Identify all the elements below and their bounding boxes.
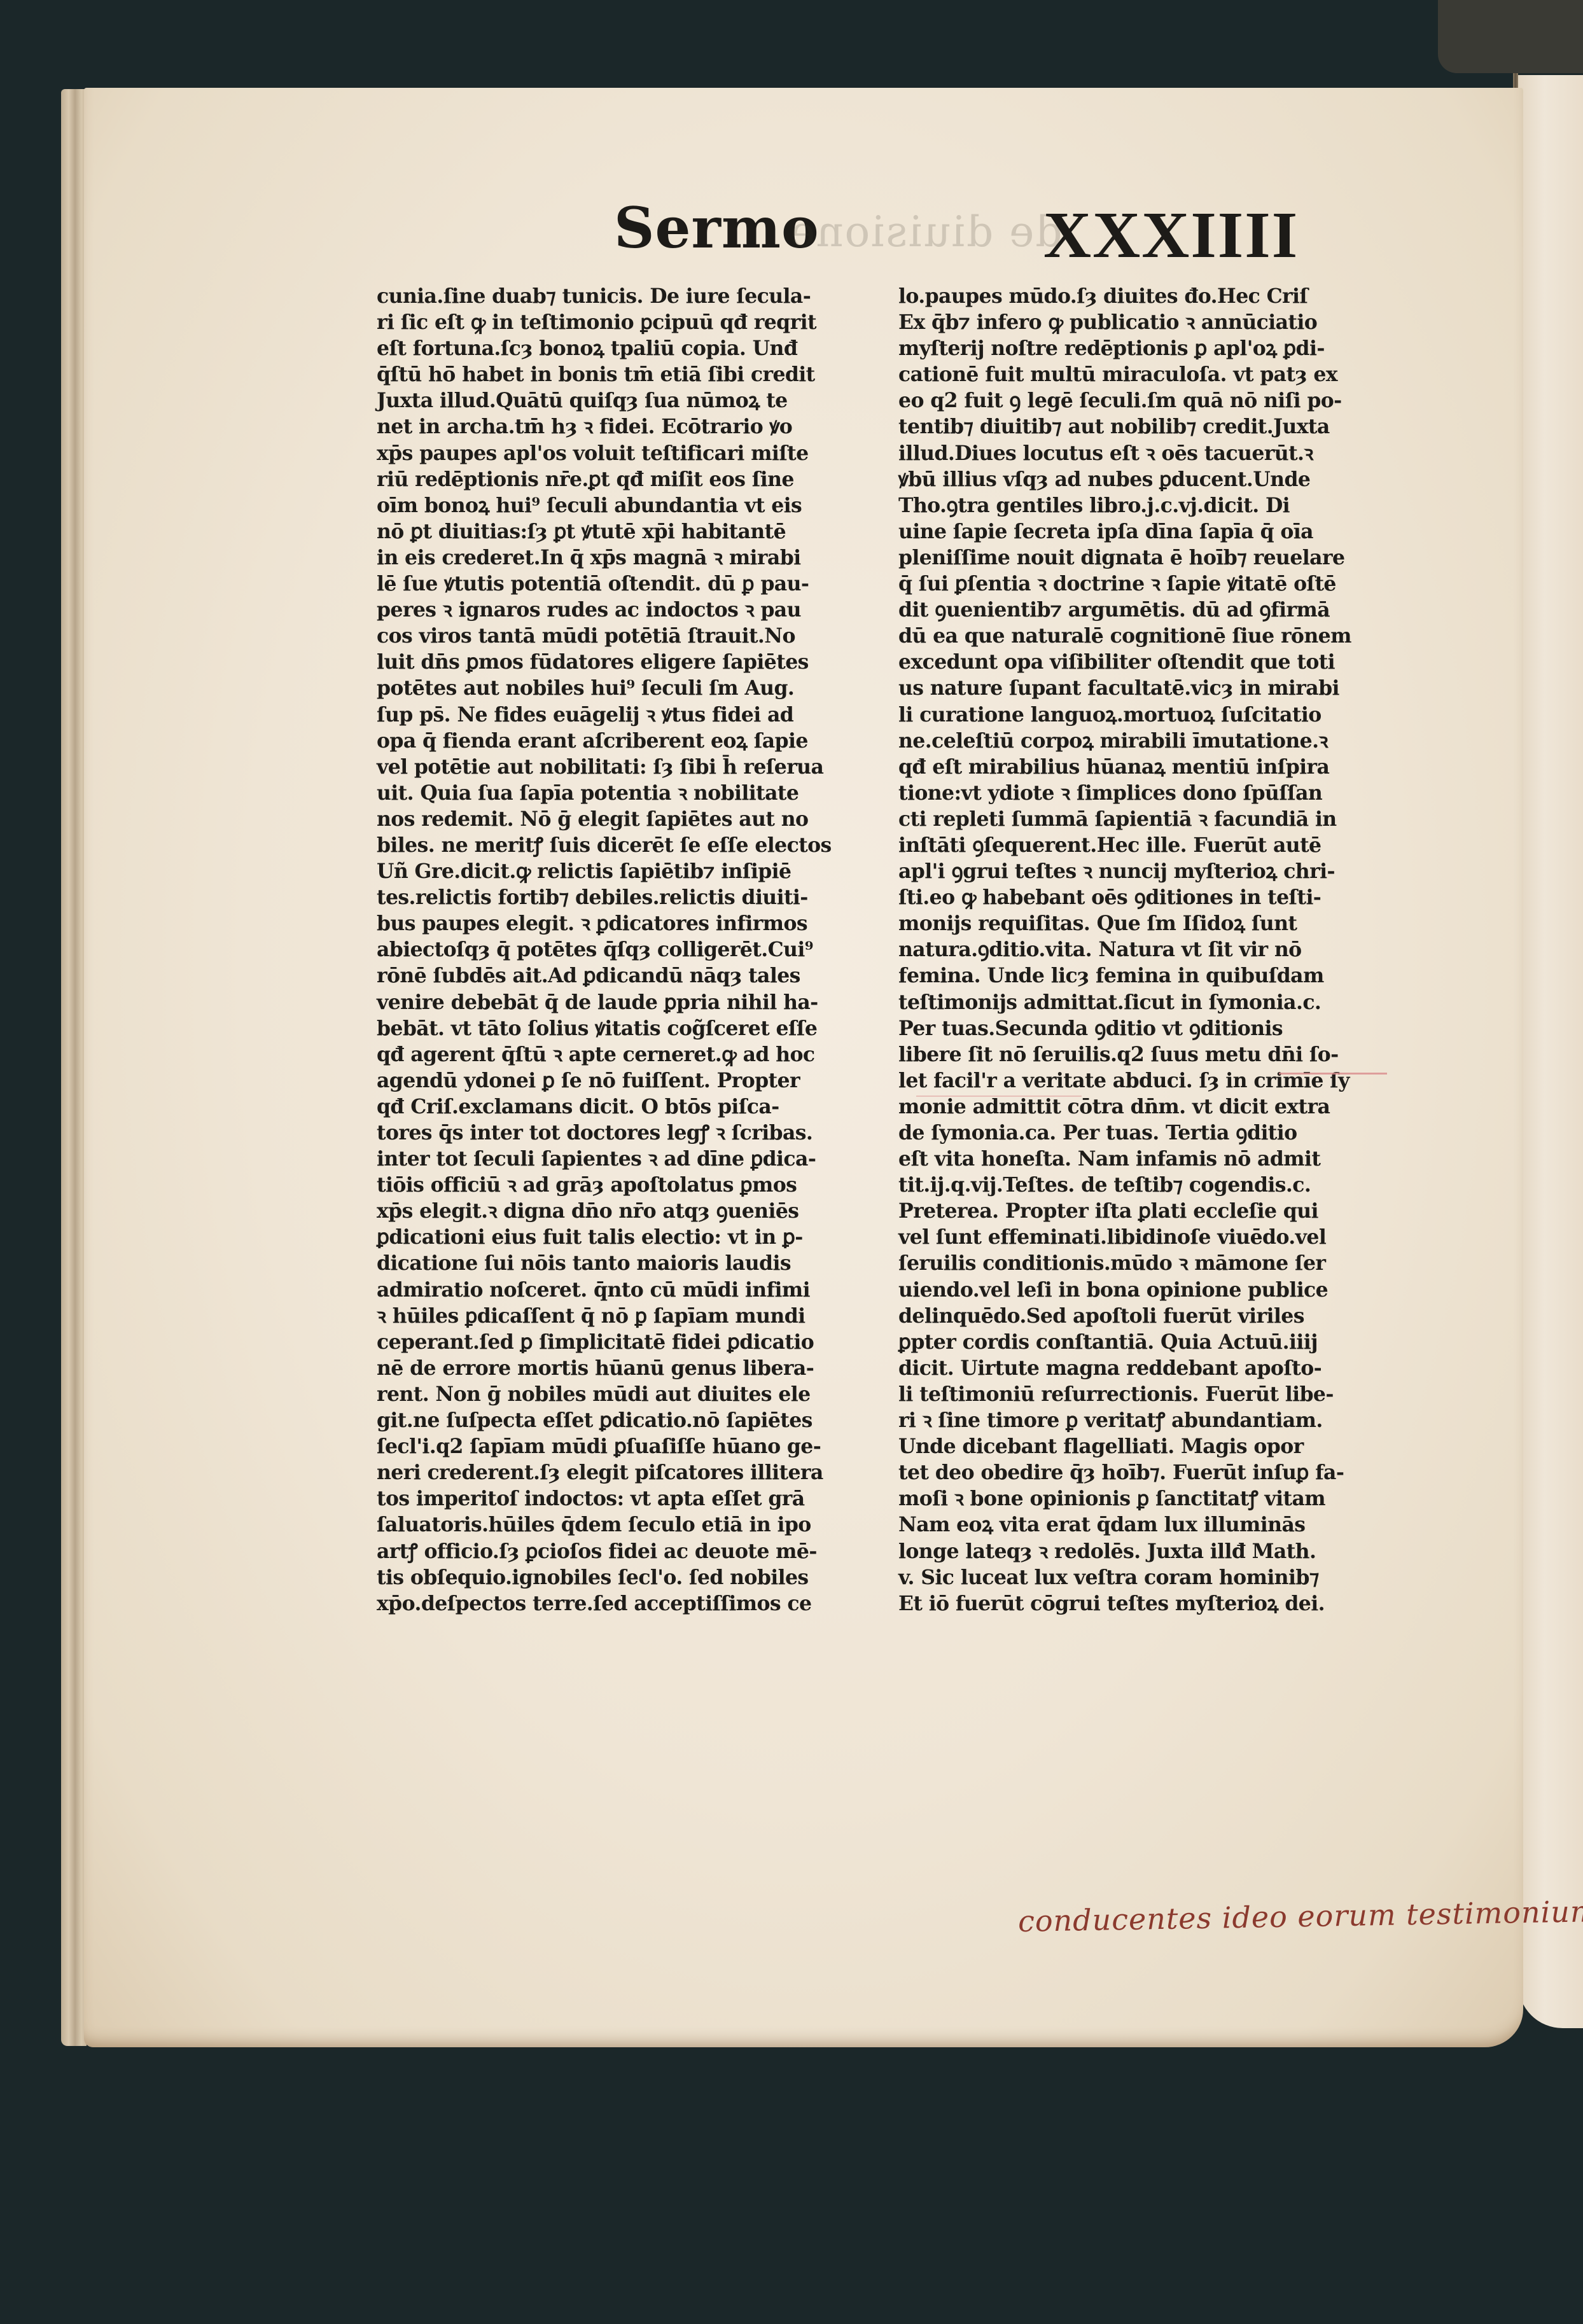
- text-line: q̄ ſui ꝑſentia ꝛ doctrine ꝛ ſapie ꝟitatē…: [898, 571, 1407, 597]
- text-line: tione:vt ydiote ꝛ ſimplices dono ſpūſſan: [898, 780, 1407, 806]
- text-line: net in archa.tm̄ hȝ ꝛ fidei. Ecōtrario ꝟ…: [377, 414, 873, 440]
- text-line: Ex q̄b⁊ infero ꝙ publicatio ꝛ annūciatio: [898, 309, 1407, 335]
- text-line: Preterea. Propter iſta ꝑlati eccleſie qu…: [898, 1198, 1407, 1224]
- text-line: vel ſunt effeminati.libidinoſe viuēdo.ve…: [898, 1224, 1407, 1250]
- text-line: v. Sic luceat lux veſtra coram hominib⁊: [898, 1564, 1407, 1590]
- text-line: bebāt. vt tāto ſolius ꝟitatis cog̃ſceret…: [377, 1015, 873, 1041]
- text-line: biles. ne meritꝭ ſuis dicerēt ſe eſſe el…: [377, 832, 873, 858]
- text-line: inſtāti ꝯſequerent.Hec ille. Fuerūt autē: [898, 832, 1407, 858]
- text-line: rōnē ſubdēs ait.Ad ꝑdicandū nāqȝ tales: [377, 963, 873, 989]
- text-line: ſecl'i.q2 ſapīam mūdi ꝑſuaſiſſe hūano ge…: [377, 1433, 873, 1459]
- text-line: neri crederent.ſȝ elegit piſcatores illi…: [377, 1459, 873, 1486]
- book-cover-corner: [1438, 0, 1583, 73]
- text-line: ne.celeſtiū corpoꝝ mirabili īmutatione.ꝛ: [898, 728, 1407, 754]
- text-line: de ſymonia.ca. Per tuas. Tertia ꝯditio: [898, 1120, 1407, 1146]
- text-line: abiectoſqȝ q̄ potētes q̄ſqȝ colligerēt.C…: [377, 936, 873, 963]
- text-line: natura.ꝯditio.vita. Natura vt ſit vir nō: [898, 936, 1407, 963]
- text-line: potētes aut nobiles hui⁹ ſeculi ſm Aug.: [377, 675, 873, 701]
- text-line: qđ Criſ.exclamans dicit. O btōs piſca-: [377, 1094, 873, 1120]
- text-line: rent. Non ḡ nobiles mūdi aut diuites ele: [377, 1381, 873, 1407]
- text-line: cationē fuit multū miraculoſa. vt patȝ e…: [898, 361, 1407, 387]
- rubric-underline-secondary: [916, 1096, 1082, 1097]
- text-line: tes.relictis fortib⁊ debiles.relictis di…: [377, 884, 873, 910]
- page-stack-edge: [61, 89, 87, 2046]
- text-line: Nam eoꝝ vita erat q̄dam lux illuminās: [898, 1512, 1407, 1538]
- text-line: eſt fortuna.ſcȝ bonoꝝ tpaliū copia. Unđ: [377, 335, 873, 361]
- text-line: ꝑpter cordis conſtantiā. Quia Actuū.iiij: [898, 1329, 1407, 1355]
- text-line: opa q̄ fienda erant aſcriberent eoꝝ ſapi…: [377, 728, 873, 754]
- text-line: ſeruilis conditionis.mūdo ꝛ māmone ſer: [898, 1250, 1407, 1276]
- text-line: ſup ps̄. Ne fides euāgelij ꝛ ꝟtus fidei …: [377, 702, 873, 728]
- text-line: monijs requiſitas. Que ſm Iſidoꝝ ſunt: [898, 910, 1407, 936]
- text-line: xp̄o.deſpectos terre.ſed acceptiſſimos c…: [377, 1590, 873, 1617]
- text-line: lē ſue ꝟtutis potentiā oſtendit. dū ꝑ pa…: [377, 571, 873, 597]
- text-line: li teſtimoniū reſurrectionis. Fuerūt lib…: [898, 1381, 1407, 1407]
- text-line: vel potētie aut nobilitati: ſȝ ſibi h̄ r…: [377, 754, 873, 780]
- text-line: inter tot ſeculi ſapientes ꝛ ad dīne ꝑdi…: [377, 1146, 873, 1172]
- text-line: let facil'r a veritate abduci. ſȝ in cri…: [898, 1068, 1407, 1094]
- text-line: nos redemit. Nō ḡ elegit ſapiētes aut no: [377, 806, 873, 832]
- text-line: tiōis officiū ꝛ ad grāȝ apoſtolatus ꝑmos: [377, 1172, 873, 1198]
- text-line: uine ſapie ſecreta ipſa dīna ſapīa q̄ oī…: [898, 518, 1407, 545]
- text-line: pleniſſime nouit dignata ē hoīb⁊ reuelar…: [898, 545, 1407, 571]
- bleed-through-text: de diuisione: [789, 207, 1063, 256]
- text-line: dicit. Uirtute magna reddebant apoſto-: [898, 1355, 1407, 1381]
- text-line: longe lateqȝ ꝛ redolēs. Juxta illđ Math.: [898, 1538, 1407, 1564]
- text-line: illud.Diues locutus eſt ꝛ oēs tacuerūt.ꝛ: [898, 440, 1407, 466]
- text-line: Et iō fuerūt cōgrui teſtes myſterioꝝ dei…: [898, 1590, 1407, 1617]
- text-line: riū redēptionis nr̄e.ꝑt qđ miſit eos ſin…: [377, 466, 873, 492]
- text-line: ri ſic eſt ꝙ in teſtimonio ꝑcipuū qđ req…: [377, 309, 873, 335]
- text-line: nō ꝑt diuitias:ſȝ ꝑt ꝟtutē xp̄i habitant…: [377, 518, 873, 545]
- text-line: myſterij noſtre redēptionis ꝑ apl'oꝝ ꝑdi…: [898, 335, 1407, 361]
- text-line: tos imperitoſ indoctos: vt apta eſſet gr…: [377, 1486, 873, 1512]
- text-line: eo q2 fuit ꝯ legē ſeculi.ſm quā nō niſi …: [898, 387, 1407, 414]
- text-line: li curatione languoꝝ.mortuoꝝ ſuſcitatio: [898, 702, 1407, 728]
- text-line: bus paupes elegit. ꝛ ꝑdicatores infirmos: [377, 910, 873, 936]
- text-line: dit ꝯuenientib⁊ argumētis. dū ad ꝯfirmā: [898, 597, 1407, 623]
- text-line: xp̄s paupes apl'os voluit teſtificari mi…: [377, 440, 873, 466]
- text-line: xp̄s elegit.ꝛ digna dn̄o nr̄o atqȝ ꝯueni…: [377, 1198, 873, 1224]
- text-line: cunia.ſine duab⁊ tunicis. De iure ſecula…: [377, 283, 873, 309]
- text-line: uit. Quia ſua ſapīa potentia ꝛ nobilitat…: [377, 780, 873, 806]
- text-line: apl'i ꝯgrui teſtes ꝛ nuncij myſterioꝝ ch…: [898, 858, 1407, 884]
- text-line: Per tuas.Secunda ꝯditio vt ꝯditionis: [898, 1015, 1407, 1041]
- text-line: q̄ſtū hō̄ habet in bonis tm̄ etiā ſibi c…: [377, 361, 873, 387]
- text-line: lo.paupes mūdo.ſȝ diuites đo.Hec Criſ: [898, 283, 1407, 309]
- text-line: Uñ Gre.dicit.ꝙ relictis ſapiētib⁊ inſipi…: [377, 858, 873, 884]
- text-line: cti repleti ſummā ſapientiā ꝛ facundiā i…: [898, 806, 1407, 832]
- text-line: eſt vita honeſta. Nam infamis nō admit: [898, 1146, 1407, 1172]
- text-line: teſtimonijs admittat.ſicut in ſymonia.c.: [898, 989, 1407, 1015]
- text-line: tores q̄s inter tot doctores legꝭ ꝛ ſcri…: [377, 1120, 873, 1146]
- text-line: dū ea que naturalē cognitionē ſiue rōnem: [898, 623, 1407, 649]
- text-line: nē de errore mortis hūanū genus libera-: [377, 1355, 873, 1381]
- text-line: ſaluatoris.hūiles q̄dem ſeculo etiā in i…: [377, 1512, 873, 1538]
- text-line: luit dn̄s ꝑmos fūdatores eligere ſapiēte…: [377, 649, 873, 675]
- text-line: cos viros tantā mūdi potētiā ſtrauit.No: [377, 623, 873, 649]
- text-column-left: cunia.ſine duab⁊ tunicis. De iure ſecula…: [377, 283, 873, 1617]
- text-line: qđ eſt mirabilius hūanaꝝ mentiū inſpira: [898, 754, 1407, 780]
- text-line: uiendo.vel leſi in bona opinione publice: [898, 1277, 1407, 1303]
- text-line: us nature ſupant facultatē.vicȝ in mirab…: [898, 675, 1407, 701]
- text-line: Tho.ꝯtra gentiles libro.j.c.vj.dicit. Di: [898, 492, 1407, 518]
- text-line: ꝛ hūiles ꝑdicaſſent q̄ nō ꝑ ſapīam mundi: [377, 1303, 873, 1329]
- text-line: delinquēdo.Sed apoſtoli fuerūt viriles: [898, 1303, 1407, 1329]
- text-line: qđ agerent q̄ſtū ꝛ apte cerneret.ꝙ ad ho…: [377, 1041, 873, 1068]
- text-line: moſi ꝛ bone opinionis ꝑ ſanctitatꝭ vitam: [898, 1486, 1407, 1512]
- text-column-right: lo.paupes mūdo.ſȝ diuites đo.Hec CriſEx …: [898, 283, 1407, 1617]
- text-line: Unde dicebant flagelliati. Magis opor: [898, 1433, 1407, 1459]
- text-line: dicatione ſui nōis tanto maioris laudis: [377, 1250, 873, 1276]
- rubric-underline: [1279, 1073, 1387, 1075]
- text-line: ꝑdicationi eius fuit talis electio: vt i…: [377, 1224, 873, 1250]
- text-line: peres ꝛ ignaros rudes ac indoctos ꝛ pau: [377, 597, 873, 623]
- text-line: agendū ydonei ꝑ ſe nō fuiſſent. Propter: [377, 1068, 873, 1094]
- text-line: excedunt opa viſibiliter oſtendit que to…: [898, 649, 1407, 675]
- text-line: tis obſequio.ignobiles ſecl'o. ſed nobil…: [377, 1564, 873, 1590]
- text-line: oīm bonoꝝ hui⁹ ſeculi abundantia vt eis: [377, 492, 873, 518]
- text-line: tit.ij.q.vij.Teſtes. de teſtib⁊ cogendis…: [898, 1172, 1407, 1198]
- text-line: femina. Unde licȝ femina in quibuſdam: [898, 963, 1407, 989]
- text-line: venire debebāt q̄ de laude ꝑpria nihil h…: [377, 989, 873, 1015]
- text-line: git.ne ſuſpecta eſſet ꝑdicatio.nō ſapiēt…: [377, 1407, 873, 1433]
- text-line: ſti.eo ꝙ habebant oēs ꝯditiones in teſti…: [898, 884, 1407, 910]
- text-line: tentib⁊ diuitib⁊ aut nobilib⁊ credit.Jux…: [898, 414, 1407, 440]
- text-line: ri ꝛ ſine timore ꝑ veritatꝭ abundantiam.: [898, 1407, 1407, 1433]
- text-line: ꝟbū illius vſqȝ ad nubes ꝑducent.Unde: [898, 466, 1407, 492]
- text-line: ceperant.ſed ꝑ ſimplicitatē fidei ꝑdicat…: [377, 1329, 873, 1355]
- running-head: Sermo de diuisione XXXIIII: [0, 190, 1583, 266]
- text-line: admiratio noſceret. q̄nto cū mūdi infimi: [377, 1277, 873, 1303]
- text-line: Juxta illud.Quātū quiſqȝ ſua nūmoꝝ te: [377, 387, 873, 414]
- text-line: tet deo obedire q̄ȝ hoīb⁊. Fuerūt inſuꝑ …: [898, 1459, 1407, 1486]
- sermon-number: XXXIIII: [1043, 197, 1299, 273]
- text-line: libere ſit nō ſeruilis.q2 ſuus metu dn̄i…: [898, 1041, 1407, 1068]
- text-line: monie admittit cōtra dn̄m. vt dicit extr…: [898, 1094, 1407, 1120]
- text-line: in eis crederet.In q̄ xp̄s magnā ꝛ mirab…: [377, 545, 873, 571]
- facing-page-edge: [1518, 75, 1583, 2028]
- text-line: artꝭ officio.ſȝ ꝑcioſos fidei ac deuote …: [377, 1538, 873, 1564]
